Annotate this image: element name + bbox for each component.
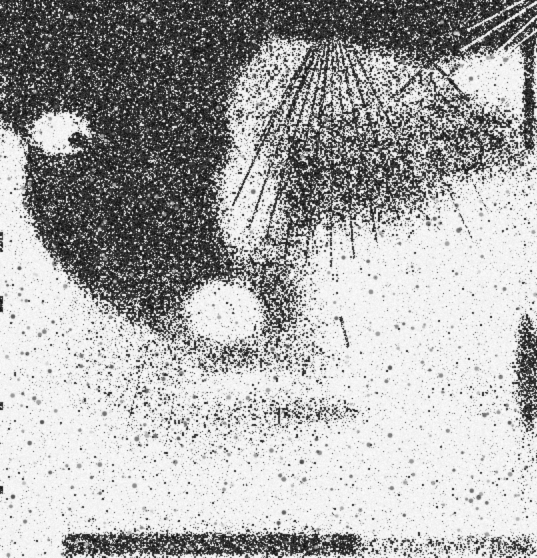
portrait-canvas-wrap [0, 0, 537, 558]
grainy-portrait-image [0, 0, 537, 558]
